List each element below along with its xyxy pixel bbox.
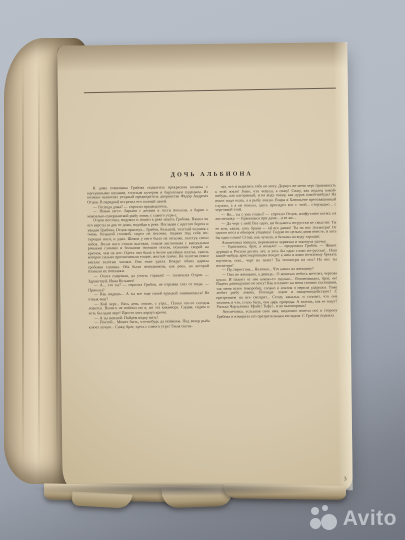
story-title: ДОЧЬ АЛЬБИОНА (87, 170, 337, 179)
book-cast-shadow (30, 482, 330, 496)
open-book: ДОЧЬ АЛЬБИОНА К дому помещика Грябова по… (4, 30, 350, 492)
printed-rule-line (84, 88, 336, 94)
product-photo: ДОЧЬ АЛЬБИОНА К дому помещика Грябова по… (0, 0, 405, 540)
page-top-shadow (57, 42, 347, 72)
page-number: 3 (344, 476, 347, 482)
paragraph: Отцов постоял, подумал и пошел к реке ис… (87, 217, 209, 274)
text-column-left: К дому помещика Грябова подкатила прекра… (87, 185, 211, 460)
avito-watermark-label: Avito (343, 507, 397, 531)
paragraph: — Да черт с ней! Все одно, ни бельмеса п… (215, 220, 336, 240)
paragraph: — Постой... Может быть, что-нибудь да по… (89, 319, 210, 330)
paragraph: — Кой черт... Весь день ловлю, с утра...… (88, 301, 209, 316)
page-content: ДОЧЬ АЛЬБИОНА К дому помещика Грябова по… (87, 170, 340, 460)
text-columns: К дому помещика Грябова подкатила прекра… (87, 183, 340, 460)
text-column-right: ща, что и выразить тебе не могу. Дернул … (215, 183, 339, 458)
avito-watermark: Avito (310, 505, 397, 532)
page-curl-crease (22, 58, 24, 468)
paragraph: — Она не женщина, а девица... О женихах … (216, 271, 337, 309)
paragraph: — Удивляюсь, брат, я немало! — продолжал… (216, 244, 337, 269)
book-page: ДОЧЬ АЛЬБИОНА К дому помещика Грябова по… (57, 42, 352, 494)
paragraph: ща, что и выразить тебе не могу. Дернул … (215, 183, 336, 212)
paragraph: Англичанка, услышав свое имя, медленно п… (217, 308, 338, 319)
avito-logo-icon (310, 505, 337, 532)
page-curl-crease (38, 58, 40, 468)
paragraph: К дому помещика Грябова подкатила прекра… (87, 185, 208, 205)
